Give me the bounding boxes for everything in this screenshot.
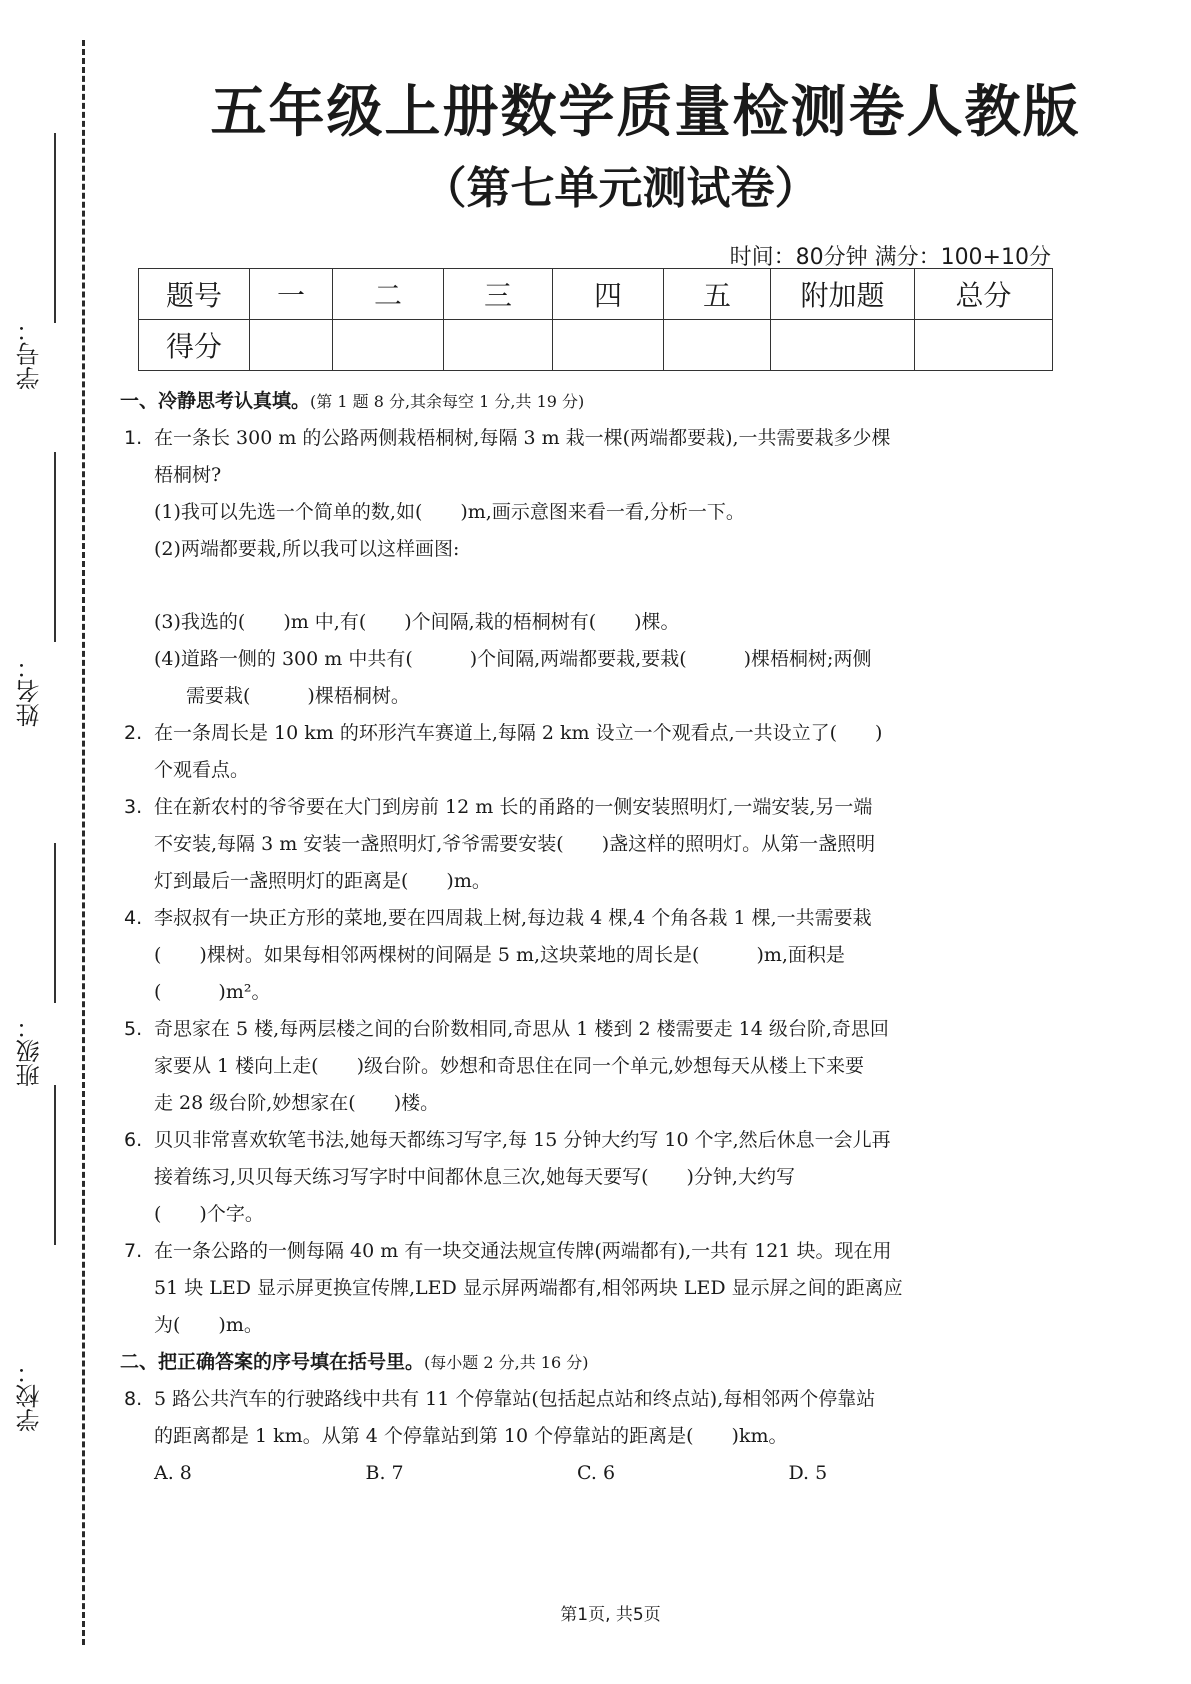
question-text-line: ( )个字。 [154,1196,1000,1233]
question-text-line: ( )m²。 [154,974,1000,1011]
question-number: 5. [124,1011,142,1048]
question-text-line: 在一条长 300 m 的公路两侧栽梧桐树,每隔 3 m 栽一棵(两端都要栽),一… [154,420,1000,457]
score-cell-3[interactable] [444,320,553,371]
question-4: 4. 李叔叔有一块正方形的菜地,要在四周栽上树,每边栽 4 棵,4 个角各栽 1… [120,900,1000,1011]
question-number: 2. [124,715,142,752]
score-cell-1[interactable] [250,320,333,371]
question-text-line: 走 28 级台阶,妙想家在( )楼。 [154,1085,1000,1122]
score-table: 题号 一 二 三 四 五 附加题 总分 得分 [138,268,1053,371]
q8-options: A. 8 B. 7 C. 6 D. 5 [120,1455,1000,1492]
question-text-line: 梧桐树? [154,457,1000,494]
question-7: 7. 在一条公路的一侧每隔 40 m 有一块交通法规宣传牌(两端都有),一共有 … [120,1233,1000,1344]
header-cell-1: 一 [250,269,333,320]
option-d[interactable]: D. 5 [789,1455,1001,1492]
section-1-heading: 一、冷静思考认真填。(第 1 题 8 分,其余每空 1 分,共 19 分) [120,383,1000,420]
question-text-line: ( )棵树。如果每相邻两棵树的间隔是 5 m,这块菜地的周长是( )m,面积是 [154,937,1000,974]
name-blank-line[interactable] [54,452,56,642]
section-2-note: (每小题 2 分,共 16 分) [424,1353,588,1372]
binding-dashed-line [82,40,85,1645]
section-2-title: 二、把正确答案的序号填在括号里。 [120,1351,424,1373]
question-number: 3. [124,789,142,826]
student-id-label: 学号： [10,318,50,390]
section-1-note: (第 1 题 8 分,其余每空 1 分,共 19 分) [310,392,584,411]
q1-sub-1: (1)我可以先选一个简单的数,如( )m,画示意图来看一看,分析一下。 [120,494,1000,531]
time-score-info: 时间：80分钟 满分：100+10分 [730,240,1051,271]
question-text-line: 李叔叔有一块正方形的菜地,要在四周栽上树,每边栽 4 棵,4 个角各栽 1 棵,… [154,900,1000,937]
score-table-score-row: 得分 [139,320,1053,371]
question-number: 7. [124,1233,142,1270]
question-text-line: 住在新农村的爷爷要在大门到房前 12 m 长的甬路的一侧安装照明灯,一端安装,另… [154,789,1000,826]
q1-sub-4: (4)道路一侧的 300 m 中共有( )个间隔,两端都要栽,要栽( )棵梧桐树… [120,641,1000,678]
question-text-line: 在一条周长是 10 km 的环形汽车赛道上,每隔 2 km 设立一个观看点,一共… [154,715,1000,752]
question-text-line: 灯到最后一盏照明灯的距离是( )m。 [154,863,1000,900]
question-number: 8. [124,1381,142,1418]
question-number: 6. [124,1122,142,1159]
question-text-line: 个观看点。 [154,752,1000,789]
header-cell-total: 总分 [915,269,1053,320]
school-label: 学校： [10,1360,50,1432]
q1-drawing-space[interactable] [120,568,1000,604]
question-text-line: 的距离都是 1 km。从第 4 个停靠站到第 10 个停靠站的距离是( )km。 [154,1418,1000,1455]
q1-sub-4-cont: 需要栽( )棵梧桐树。 [120,678,1000,715]
question-text-line: 贝贝非常喜欢软笔书法,她每天都练习写字,每 15 分钟大约写 10 个字,然后休… [154,1122,1000,1159]
header-cell-3: 三 [444,269,553,320]
question-5: 5. 奇思家在 5 楼,每两层楼之间的台阶数相同,奇思从 1 楼到 2 楼需要走… [120,1011,1000,1122]
question-text-line: 奇思家在 5 楼,每两层楼之间的台阶数相同,奇思从 1 楼到 2 楼需要走 14… [154,1011,1000,1048]
question-text-line: 家要从 1 楼向上走( )级台阶。妙想和奇思住在同一个单元,妙想每天从楼上下来要 [154,1048,1000,1085]
header-cell-bonus: 附加题 [771,269,915,320]
question-3: 3. 住在新农村的爷爷要在大门到房前 12 m 长的甬路的一侧安装照明灯,一端安… [120,789,1000,900]
q1-sub-3: (3)我选的( )m 中,有( )个间隔,栽的梧桐树有( )棵。 [120,604,1000,641]
question-6: 6. 贝贝非常喜欢软笔书法,她每天都练习写字,每 15 分钟大约写 10 个字,… [120,1122,1000,1233]
question-text-line: 接着练习,贝贝每天练习写字时中间都休息三次,她每天要写( )分钟,大约写 [154,1159,1000,1196]
option-c[interactable]: C. 6 [577,1455,789,1492]
header-cell-4: 四 [553,269,664,320]
question-1: 1. 在一条长 300 m 的公路两侧栽梧桐树,每隔 3 m 栽一棵(两端都要栽… [120,420,1000,494]
question-text-line: 5 路公共汽车的行驶路线中共有 11 个停靠站(包括起点站和终点站),每相邻两个… [154,1381,1000,1418]
header-cell-5: 五 [664,269,771,320]
question-text-line: 51 块 LED 显示屏更换宣传牌,LED 显示屏两端都有,相邻两块 LED 显… [154,1270,1000,1307]
option-b[interactable]: B. 7 [366,1455,578,1492]
score-row-label: 得分 [139,320,250,371]
section-2-heading: 二、把正确答案的序号填在括号里。(每小题 2 分,共 16 分) [120,1344,1000,1381]
score-cell-5[interactable] [664,320,771,371]
q1-sub-2: (2)两端都要栽,所以我可以这样画图: [120,531,1000,568]
score-cell-2[interactable] [333,320,444,371]
page-title: 五年级上册数学质量检测卷人教版 [0,68,1191,148]
question-8: 8. 5 路公共汽车的行驶路线中共有 11 个停靠站(包括起点站和终点站),每相… [120,1381,1000,1455]
question-number: 1. [124,420,142,457]
page-footer: 第1页, 共5页 [0,1600,1191,1625]
exam-content: 一、冷静思考认真填。(第 1 题 8 分,其余每空 1 分,共 19 分) 1.… [120,383,1000,1492]
option-a[interactable]: A. 8 [154,1455,366,1492]
name-label: 姓名： [10,655,50,727]
score-cell-4[interactable] [553,320,664,371]
question-2: 2. 在一条周长是 10 km 的环形汽车赛道上,每隔 2 km 设立一个观看点… [120,715,1000,789]
school-blank-line[interactable] [54,1085,56,1245]
question-number: 4. [124,900,142,937]
header-cell-question-no: 题号 [139,269,250,320]
class-label: 班级： [10,1015,50,1087]
class-blank-line[interactable] [54,843,56,1003]
section-1-title: 一、冷静思考认真填。 [120,390,310,412]
question-text-line: 不安装,每隔 3 m 安装一盏照明灯,爷爷需要安装( )盏这样的照明灯。从第一盏… [154,826,1000,863]
question-text-line: 在一条公路的一侧每隔 40 m 有一块交通法规宣传牌(两端都有),一共有 121… [154,1233,1000,1270]
header-cell-2: 二 [333,269,444,320]
score-cell-total[interactable] [915,320,1053,371]
score-table-header-row: 题号 一 二 三 四 五 附加题 总分 [139,269,1053,320]
question-text-line: 为( )m。 [154,1307,1000,1344]
score-cell-bonus[interactable] [771,320,915,371]
page-subtitle: （第七单元测试卷） [0,152,1191,216]
